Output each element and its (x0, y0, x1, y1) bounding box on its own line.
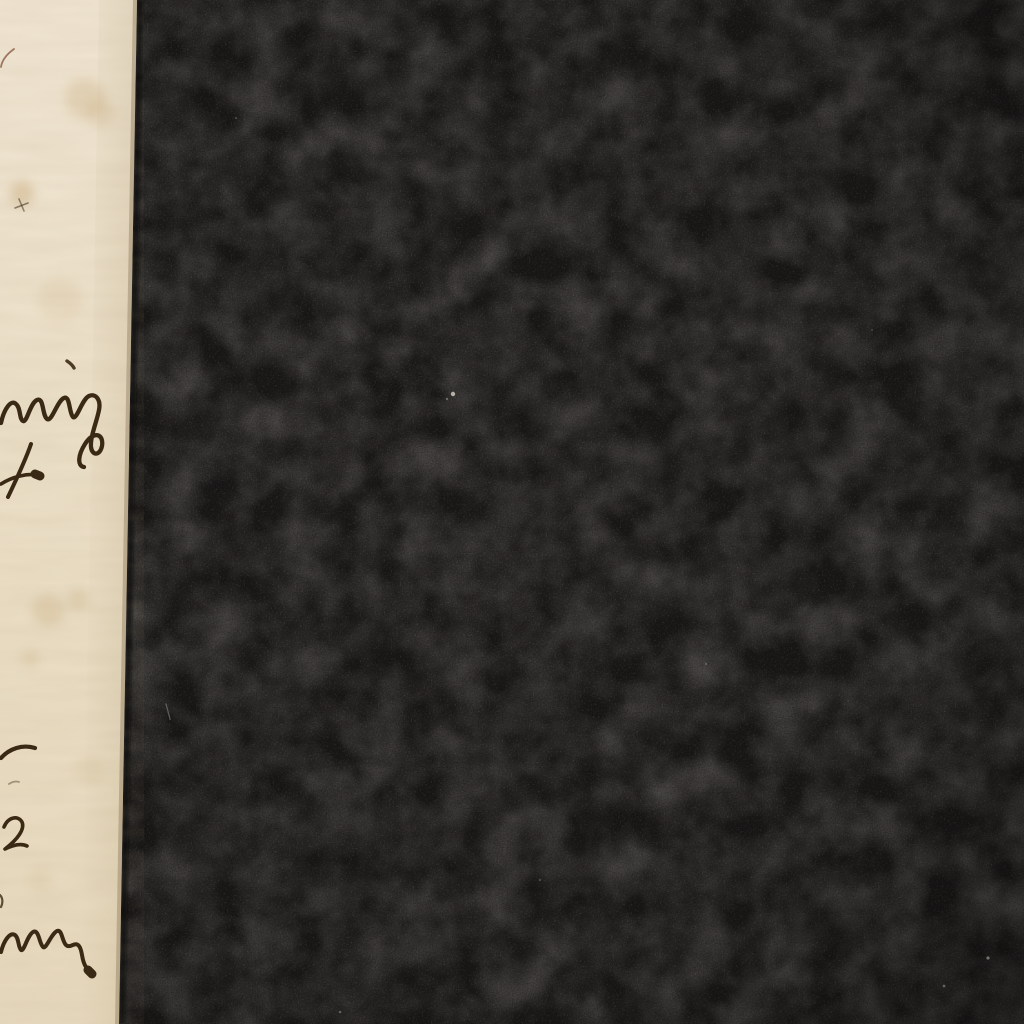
dust-speck (235, 117, 237, 119)
paper-stain (21, 649, 39, 667)
manuscript-photo (0, 0, 1024, 1024)
photo-scene (0, 0, 1024, 1024)
vignette (0, 0, 1024, 1024)
dust-speck (871, 329, 873, 331)
paper-stain (67, 589, 89, 611)
paper-strip (0, 0, 137, 1024)
paper-stain (28, 868, 52, 892)
ink-fragment-ascender-blob (35, 474, 40, 476)
dust-speck (943, 985, 946, 988)
dust-speck (539, 879, 541, 881)
dust-speck (705, 663, 707, 665)
dust-speck (339, 1011, 342, 1014)
paper-stain (32, 594, 64, 626)
felt-background (0, 0, 1024, 1024)
dust-speck (986, 956, 989, 959)
dust-speck (451, 392, 455, 396)
paper-stain (10, 181, 34, 205)
dust-speck (446, 398, 448, 400)
paper-stain (38, 278, 82, 322)
ink-fragment-word-start-blob (88, 970, 92, 974)
